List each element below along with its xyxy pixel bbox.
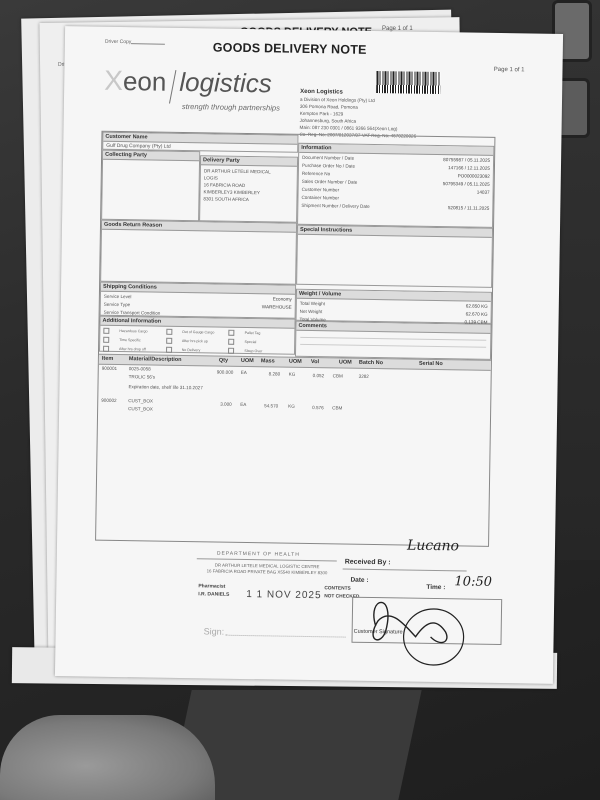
item-vol: 0.052	[313, 373, 325, 378]
col-mass: Mass	[261, 358, 275, 364]
pharmacist-name: I.R. DANIELS	[198, 590, 229, 598]
item-number: 900002	[101, 398, 116, 403]
information-value: 147166 / 12.11.2025	[448, 165, 490, 171]
signature-scribble	[355, 586, 466, 668]
weight-volume-label: Total Weight	[300, 300, 325, 305]
checkbox-icon[interactable]	[229, 330, 235, 336]
stamp-date: 1 1 NOV 2025	[246, 589, 322, 601]
divider	[131, 43, 165, 45]
item-material: CUST_BOX	[128, 398, 153, 403]
logo-x: X	[104, 65, 123, 96]
delivery-line: 8301 SOUTH AFRICA	[203, 195, 293, 203]
stamp-centre: DR ARTHUR LETELE MEDICAL LOGISTIC CENTRE…	[207, 562, 328, 576]
delivery-party-section: Delivery Party DR ARTHUR LETELE MEDICAL …	[199, 155, 298, 223]
information-label: Document Number / Date	[302, 154, 354, 160]
information-value: 80755987 / 05.11.2025	[443, 157, 490, 163]
additional-info-option[interactable]: After hrs pick up	[166, 338, 229, 345]
shipping-value: WAREHOUSE	[262, 304, 292, 309]
option-label: Pallet Tag	[245, 331, 261, 335]
col-uom: UOM	[289, 359, 302, 365]
information-row: Shipment Number / Delivery Date520815 / …	[298, 201, 492, 212]
checkbox-icon[interactable]	[228, 339, 234, 345]
received-by-label: Received By :	[345, 559, 391, 567]
col-batch: Batch No	[359, 360, 383, 366]
copy-label: Driver Copy	[105, 39, 131, 45]
information-value: PO0000023092	[458, 173, 490, 179]
item-vol: 0.576	[312, 405, 324, 410]
logo-divider	[169, 70, 176, 104]
additional-info-option[interactable]: Pallet Tag	[229, 330, 292, 337]
information-label: Shipment Number / Delivery Date	[301, 202, 369, 208]
shipping-label: Service Level	[104, 293, 132, 298]
weight-volume-value: 62.670 KG	[466, 311, 488, 316]
item-vol-uom: CBM	[332, 405, 342, 410]
additional-info-option[interactable]: Special	[228, 339, 291, 346]
shipping-section: Shipping Conditions Service LevelEconomy…	[100, 282, 297, 319]
weight-volume-label: Net Weight	[300, 308, 323, 313]
logo-logistics: logistics	[179, 67, 272, 98]
document-title: GOODS DELIVERY NOTE	[213, 40, 367, 56]
additional-info-option[interactable]: Sleep Over	[228, 348, 291, 355]
item-mass-uom: KG	[288, 404, 295, 409]
stamp-address: 16 FABRICIA ROAD PRIVATE BAG X5540 KIMBE…	[207, 568, 328, 576]
col-qty: Qty	[219, 358, 228, 364]
option-label: Out of Gauge Cargo	[182, 330, 214, 335]
comments-header: Comments	[296, 322, 490, 334]
date-label: Date :	[350, 577, 368, 584]
item-material: 0025-0058	[129, 366, 151, 371]
information-value: 14037	[477, 189, 490, 194]
item-mass-uom: KG	[289, 372, 296, 377]
address-line: Main: 087 230 0301 / 0861 9366 564(Xeon …	[300, 125, 398, 132]
option-label: Time Specific	[119, 338, 140, 342]
col-uom: UOM	[339, 359, 352, 365]
item-description: CUST_BOX	[128, 406, 153, 411]
item-qty-uom: EA	[240, 402, 246, 407]
address-line: 306 Pomona Road, Pomona	[300, 104, 358, 110]
additional-info-section: Additional Information Hazardous CargoOu…	[99, 316, 296, 355]
checkbox-icon[interactable]	[228, 348, 234, 354]
logo-eon: eon	[123, 66, 167, 97]
option-label: After hrs pick up	[182, 339, 208, 343]
information-label: Reference No	[302, 170, 330, 175]
comments-section: Comments	[295, 321, 492, 360]
option-label: Special	[244, 340, 256, 344]
goods-return-header: Goods Return Reason	[102, 221, 296, 233]
item-qty: 3.000	[220, 402, 232, 407]
item-batch: 3282	[359, 374, 369, 379]
page-number: Page 1 of 1	[494, 67, 525, 73]
address-line: Kempton Park - 1629	[300, 111, 343, 117]
company-logo: Xeonlogistics	[104, 65, 272, 105]
checkbox-icon[interactable]	[103, 337, 109, 343]
checkbox-icon[interactable]	[103, 346, 109, 352]
weight-volume-section: Weight / Volume Total Weight62.850 KGNet…	[296, 289, 492, 324]
checkbox-icon[interactable]	[166, 338, 172, 344]
col-uom: UOM	[241, 358, 254, 364]
delivery-form: Customer Name Gulf Drug Company (Pty) Lt…	[95, 131, 495, 547]
delivery-note-sheet: Driver Copy GOODS DELIVERY NOTE Page 1 o…	[55, 26, 563, 684]
item-mass: 54.570	[264, 403, 278, 408]
additional-info-option[interactable]: No Delivery	[166, 347, 229, 354]
information-label: Purchase Order No / Date	[302, 162, 355, 168]
information-label: Container Number	[301, 194, 339, 200]
item-mass: 8.280	[269, 371, 281, 376]
item-qty-uom: EA	[241, 370, 247, 375]
stamp-pharmacist: Pharmacist I.R. DANIELS	[198, 582, 229, 598]
information-label: Customer Number	[302, 186, 340, 192]
item-number: 900001	[102, 366, 117, 371]
goods-return-section: Goods Return Reason	[100, 220, 297, 285]
company-name: Xeon Logistics	[300, 89, 343, 96]
item-description: TROLIC 56's	[129, 374, 155, 379]
item-qty: 900.000	[217, 370, 234, 375]
special-instructions-section: Special Instructions	[296, 225, 493, 288]
information-label: Sales Order Number / Date	[302, 178, 358, 184]
col-serial: Serial No	[419, 361, 443, 367]
option-label: No Delivery	[182, 348, 201, 352]
checkbox-icon[interactable]	[166, 347, 172, 353]
shipping-label: Service Type	[104, 301, 131, 306]
option-label: Sleep Over	[244, 349, 262, 353]
col-vol: Vol	[311, 359, 319, 365]
shipping-value: Economy	[273, 296, 292, 301]
item-vol-uom: CBM	[333, 373, 343, 378]
company-address: Xeon Logistics a Division of Xeon Holdin…	[299, 88, 416, 140]
logo-tagline: strength through partnerships	[182, 102, 280, 113]
checkbox-icon[interactable]	[166, 329, 172, 335]
information-value: 50795349 / 05.11.2025	[443, 181, 490, 187]
stamp-department: DEPARTMENT OF HEALTH	[217, 551, 300, 558]
option-label: After hrs drop off	[119, 347, 146, 351]
collecting-party-header: Collecting Party	[103, 151, 199, 162]
hand	[0, 715, 215, 800]
additional-info-option[interactable]: After hrs drop off	[103, 346, 166, 353]
additional-info-option[interactable]: Out of Gauge Cargo	[166, 329, 229, 336]
item-note: Expiration date, shelf life 31.10.2027	[128, 384, 202, 390]
address-line: Johannesburg, South Africa	[300, 118, 357, 124]
information-section: Information Document Number / Date807559…	[297, 143, 494, 228]
sign-label: Sign:	[204, 626, 225, 636]
special-instructions-header: Special Instructions	[298, 226, 492, 238]
received-by-signature: Lucano	[407, 538, 459, 555]
address-line: a Division of Xeon Holdings (Pty) Ltd	[300, 97, 375, 103]
col-material: Material/Description	[129, 356, 182, 363]
option-label: Hazardous Cargo	[119, 329, 147, 333]
collecting-party-section: Collecting Party	[101, 150, 200, 222]
additional-info-option[interactable]: Time Specific	[103, 337, 166, 344]
information-value: 520815 / 11.11.2025	[448, 205, 490, 211]
additional-info-option[interactable]: Hazardous Cargo	[103, 328, 166, 335]
checkbox-icon[interactable]	[103, 328, 109, 334]
col-item: Item	[102, 356, 113, 362]
weight-volume-value: 62.850 KG	[466, 303, 488, 308]
shipping-label: Service Transport Condition	[104, 309, 161, 315]
